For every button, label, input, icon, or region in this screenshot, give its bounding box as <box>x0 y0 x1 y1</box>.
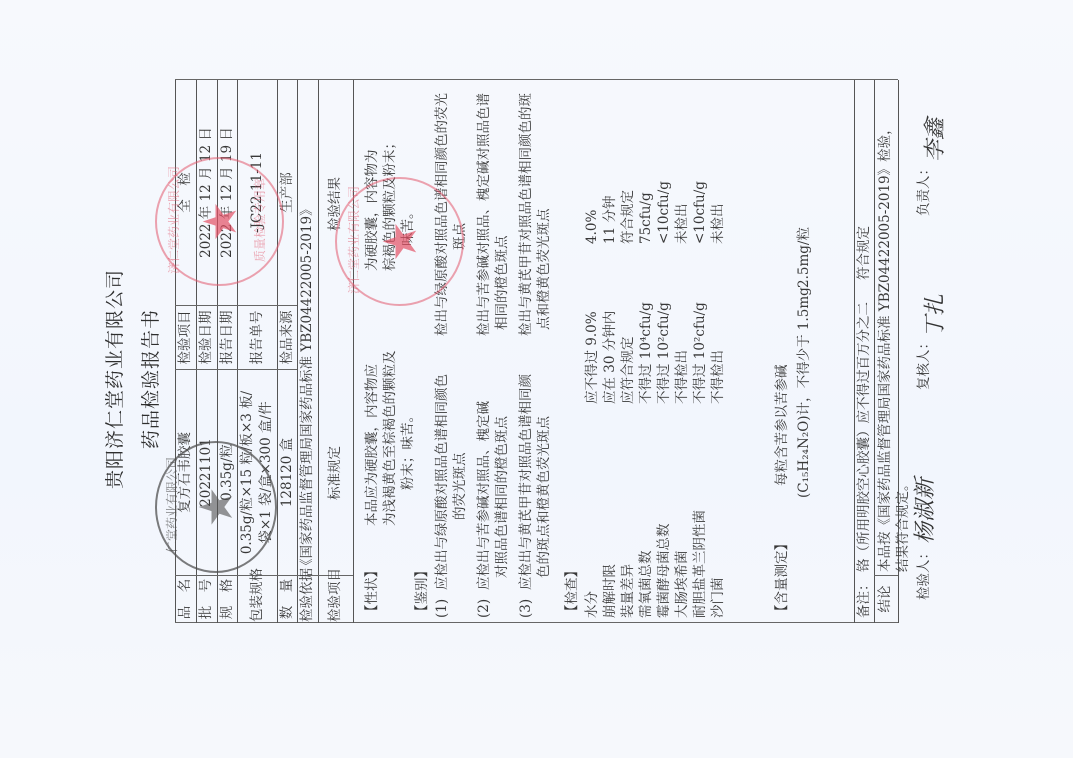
assay-standard: 每粒含苦参以苦参碱 <box>774 365 791 487</box>
seal-text: 济仁堂药业有限公司 <box>165 166 182 274</box>
appearance-standard: 本品应为硬胶囊，内容物应 <box>364 364 381 526</box>
col-header-standard: 标准规定 <box>327 446 344 500</box>
identification-standard: 的荧光斑点 <box>452 453 469 521</box>
inspection-item-standard: 不得过 10²cfu/g <box>656 302 673 404</box>
sample-source: 生产部 <box>279 80 296 305</box>
inspection-item-result: <10cfu/g <box>692 181 709 244</box>
star-icon: ★ <box>193 486 239 527</box>
inspection-item-result: 未检出 <box>674 204 691 245</box>
reviewer-label: 复核人： <box>916 336 933 390</box>
inspection-item-standard: 不得检出 <box>710 350 727 404</box>
inspection-item-result: 未检出 <box>710 204 727 245</box>
quantity: 128120 盒 <box>279 370 296 575</box>
identification-no: (2) <box>476 599 493 618</box>
label-report-date: 报告日期 <box>219 306 236 369</box>
conclusion-line-1: 本品按《国家药品监督管理局国家药品标准 YBZ04422005-2019》检验， <box>877 121 894 572</box>
section-appearance: 【性状】 <box>364 564 381 618</box>
inspection-item-standard: 不得过 10⁴cfu/g <box>638 302 655 404</box>
section-assay: 【含量测定】 <box>774 537 791 618</box>
identification-result: 检出与苦参碱对照品、槐定碱对照品色谱 <box>476 93 493 336</box>
label-packaging: 包装规格 <box>249 576 266 622</box>
inspection-item-standard: 应在 30 分钟内 <box>602 311 619 404</box>
inspection-item-result: 符合规定 <box>620 190 637 244</box>
seal-text: 济仁堂药业有限公司 <box>345 186 362 294</box>
label-spec: 规 格 <box>219 576 236 622</box>
label-test-item: 检验项目 <box>177 306 194 369</box>
inspection-item-name: 崩解时限 <box>602 564 619 618</box>
row-divider <box>318 80 319 623</box>
identification-result: 点和橙黄色荧光斑点 <box>536 209 553 331</box>
inspection-item-name: 需氧菌总数 <box>638 551 655 619</box>
inspection-item-name: 水分 <box>584 591 601 618</box>
identification-standard: 色的斑点和橙黄色荧光斑点 <box>536 416 553 578</box>
identification-result: 相同的橙色斑点 <box>494 236 511 331</box>
label-test-date: 检验日期 <box>198 306 215 369</box>
col-header-item: 检验项目 <box>327 576 344 622</box>
inspection-item-standard: 应不得过 9.0% <box>584 311 601 404</box>
table-left-border <box>175 622 898 623</box>
remarks-text: 铬（所用明胶空心胶囊）应不得过百万分之二 <box>856 302 873 572</box>
company-name: 贵阳济仁堂药业有限公司 <box>100 0 127 758</box>
manager-label: 负责人： <box>916 162 933 216</box>
conclusion-label: 结论 <box>877 576 894 622</box>
label-quantity: 数 量 <box>279 576 296 622</box>
identification-standard: 应检出与绿原酸对照品色谱相同颜色 <box>434 374 451 590</box>
quality-seal-stamp: ★ 济仁堂药业有限公司 <box>335 177 464 306</box>
company-seal-stamp: ★ 仁堂药业有限公司 <box>155 441 277 573</box>
assay-result: 2.5mg/粒 <box>796 227 813 288</box>
section-identification: 【鉴别】 <box>414 564 431 618</box>
section-inspection: 【检查】 <box>564 564 581 618</box>
appearance-standard: 粉末；味苦。 <box>400 409 417 490</box>
label-batch: 批 号 <box>198 576 215 622</box>
inspection-item-result: 11 分钟 <box>602 196 619 244</box>
row-divider <box>277 80 278 623</box>
identification-result: 检出与黄芪甲苷对照品色谱相同颜色的斑 <box>518 93 535 336</box>
assay-standard: (C₁₅H₂₄N₂O)计，不得少于 1.5mg <box>796 287 813 498</box>
identification-standard: 对照品色谱相同的橙色斑点 <box>494 416 511 578</box>
remarks-label: 备注： <box>856 578 873 619</box>
star-icon: ★ <box>377 221 423 262</box>
inspection-item-standard: 不得过 10²cfu/g <box>692 302 709 404</box>
label-sample-source: 检品来源 <box>279 306 296 369</box>
label-basis: 检验依据 <box>299 576 316 622</box>
manager-signature: 李鑫 <box>918 118 949 162</box>
quality-seal-stamp: ★ 济仁堂药业有限公司 质量检验专用章 <box>155 157 284 286</box>
identification-no: (1) <box>434 599 451 618</box>
inspection-item-result: 75cfu/g <box>638 192 655 244</box>
star-icon: ★ <box>197 201 243 242</box>
column-header-divider <box>353 80 354 623</box>
remarks-result: 符合规定 <box>856 226 873 280</box>
appearance-standard: 为浅褐黄色至棕褐色的颗粒及 <box>382 351 399 527</box>
label-report-no: 报告单号 <box>249 306 266 369</box>
identification-no: (3) <box>518 599 535 618</box>
reviewer-signature: 丁扎 <box>918 294 949 338</box>
conclusion-top-divider <box>874 80 875 623</box>
inspection-item-name: 沙门菌 <box>710 578 727 619</box>
remarks-top-divider <box>854 80 855 623</box>
inspection-item-result: 4.0% <box>584 210 601 244</box>
inspection-report-page: 贵阳济仁堂药业有限公司 药品检验报告书 品 名 复方石韦胶囊 检验项目 全 检 … <box>0 0 1073 758</box>
test-basis: 《国家药品监督管理局国家药品标准 YBZ04422005-2019》 <box>299 202 316 572</box>
inspector-label: 检验人： <box>916 546 933 600</box>
inspection-item-name: 装量差异 <box>620 564 637 618</box>
inspection-item-standard: 应符合规定 <box>620 337 637 405</box>
label-product-name: 品 名 <box>177 576 194 622</box>
report-title: 药品检验报告书 <box>136 0 163 758</box>
seal-text: 质量检验专用章 <box>251 178 268 262</box>
row-divider <box>297 80 298 623</box>
inspection-item-standard: 不得检出 <box>674 350 691 404</box>
inspector-signature: 杨淑新 <box>908 478 939 544</box>
identification-standard: 应检出与苦参碱对照品、槐定碱 <box>476 401 493 590</box>
inspection-item-name: 大肠埃希菌 <box>674 551 691 619</box>
inspection-item-result: <10cfu/g <box>656 181 673 244</box>
inspection-item-name: 霉菌酵母菌总数 <box>656 524 673 619</box>
identification-standard: 应检出与黄芪甲苷对照品色谱相同颜 <box>518 374 535 590</box>
seal-text: 仁堂药业有限公司 <box>163 457 180 553</box>
inspection-item-name: 耐胆盐革兰阴性菌 <box>692 510 709 618</box>
